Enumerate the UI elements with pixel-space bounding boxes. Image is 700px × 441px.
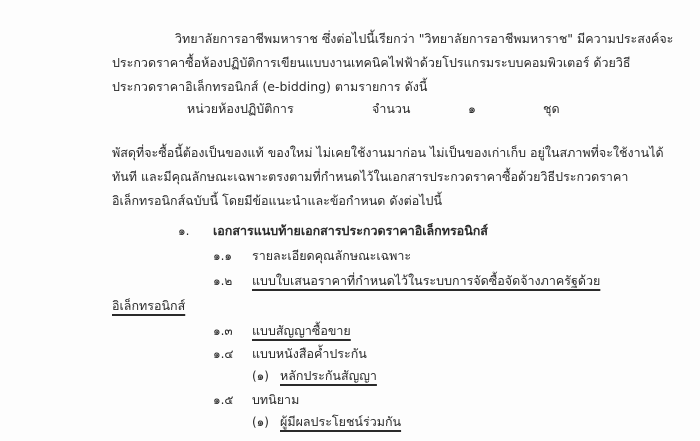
item-1-4-text: แบบหนังสือค้ำประกัน [252,345,367,363]
item-1-1-number: ๑.๑ [213,247,232,265]
intro-line-3: ประกวดราคาอิเล็กทรอนิกส์ (e-bidding) ตาม… [112,78,427,96]
intro-line-1: วิทยาลัยการอาชีพมหาราช ซึ่งต่อไปนี้เรียก… [175,30,673,48]
item-1-5-sub-1-number: (๑) [252,413,269,431]
item-1-5-text: บทนิยาม [252,391,299,409]
item-qty-label: จำนวน [372,100,410,118]
item-1-2-number: ๑.๒ [213,272,232,290]
section-1-title: เอกสารแนบท้ายเอกสารประกวดราคาอิเล็กทรอนิ… [213,222,488,240]
requirements-line-3: อิเล็กทรอนิกส์ฉบับนี้ โดยมีข้อแนะนำและข้… [112,192,442,210]
intro-line-2: ประกวดราคาซื้อห้องปฏิบัติการเขียนแบบงานเ… [112,54,631,72]
item-1-4-number: ๑.๔ [213,345,234,363]
item-1-5-sub-1-text: ผู้มีผลประโยชน์ร่วมกัน [280,413,401,431]
item-qty: ๑ [468,100,476,118]
item-1-4-sub-1-number: (๑) [252,367,269,385]
requirements-line-2: ทันที และมีคุณลักษณะเฉพาะตรงตามที่กำหนดไ… [112,168,628,186]
item-name: หน่วยห้องปฏิบัติการ [187,100,294,118]
requirements-line-1: พัสดุที่จะซื้อนี้ต้องเป็นของแท้ ของใหม่ … [112,144,664,162]
item-1-1-text: รายละเอียดคุณลักษณะเฉพาะ [252,247,411,265]
item-1-3-number: ๑.๓ [213,322,233,340]
item-1-2-text: แบบใบเสนอราคาที่กำหนดไว้ในระบบการจัดซื้อ… [252,272,600,290]
item-1-3-text: แบบสัญญาซื้อขาย [252,322,351,340]
section-1-number: ๑. [178,222,189,240]
item-1-5-number: ๑.๕ [213,391,234,409]
item-unit: ชุด [543,100,560,118]
item-1-4-sub-1-text: หลักประกันสัญญา [280,367,377,385]
document-page: วิทยาลัยการอาชีพมหาราช ซึ่งต่อไปนี้เรียก… [0,0,700,441]
item-1-2-continuation: อิเล็กทรอนิกส์ [112,297,185,315]
